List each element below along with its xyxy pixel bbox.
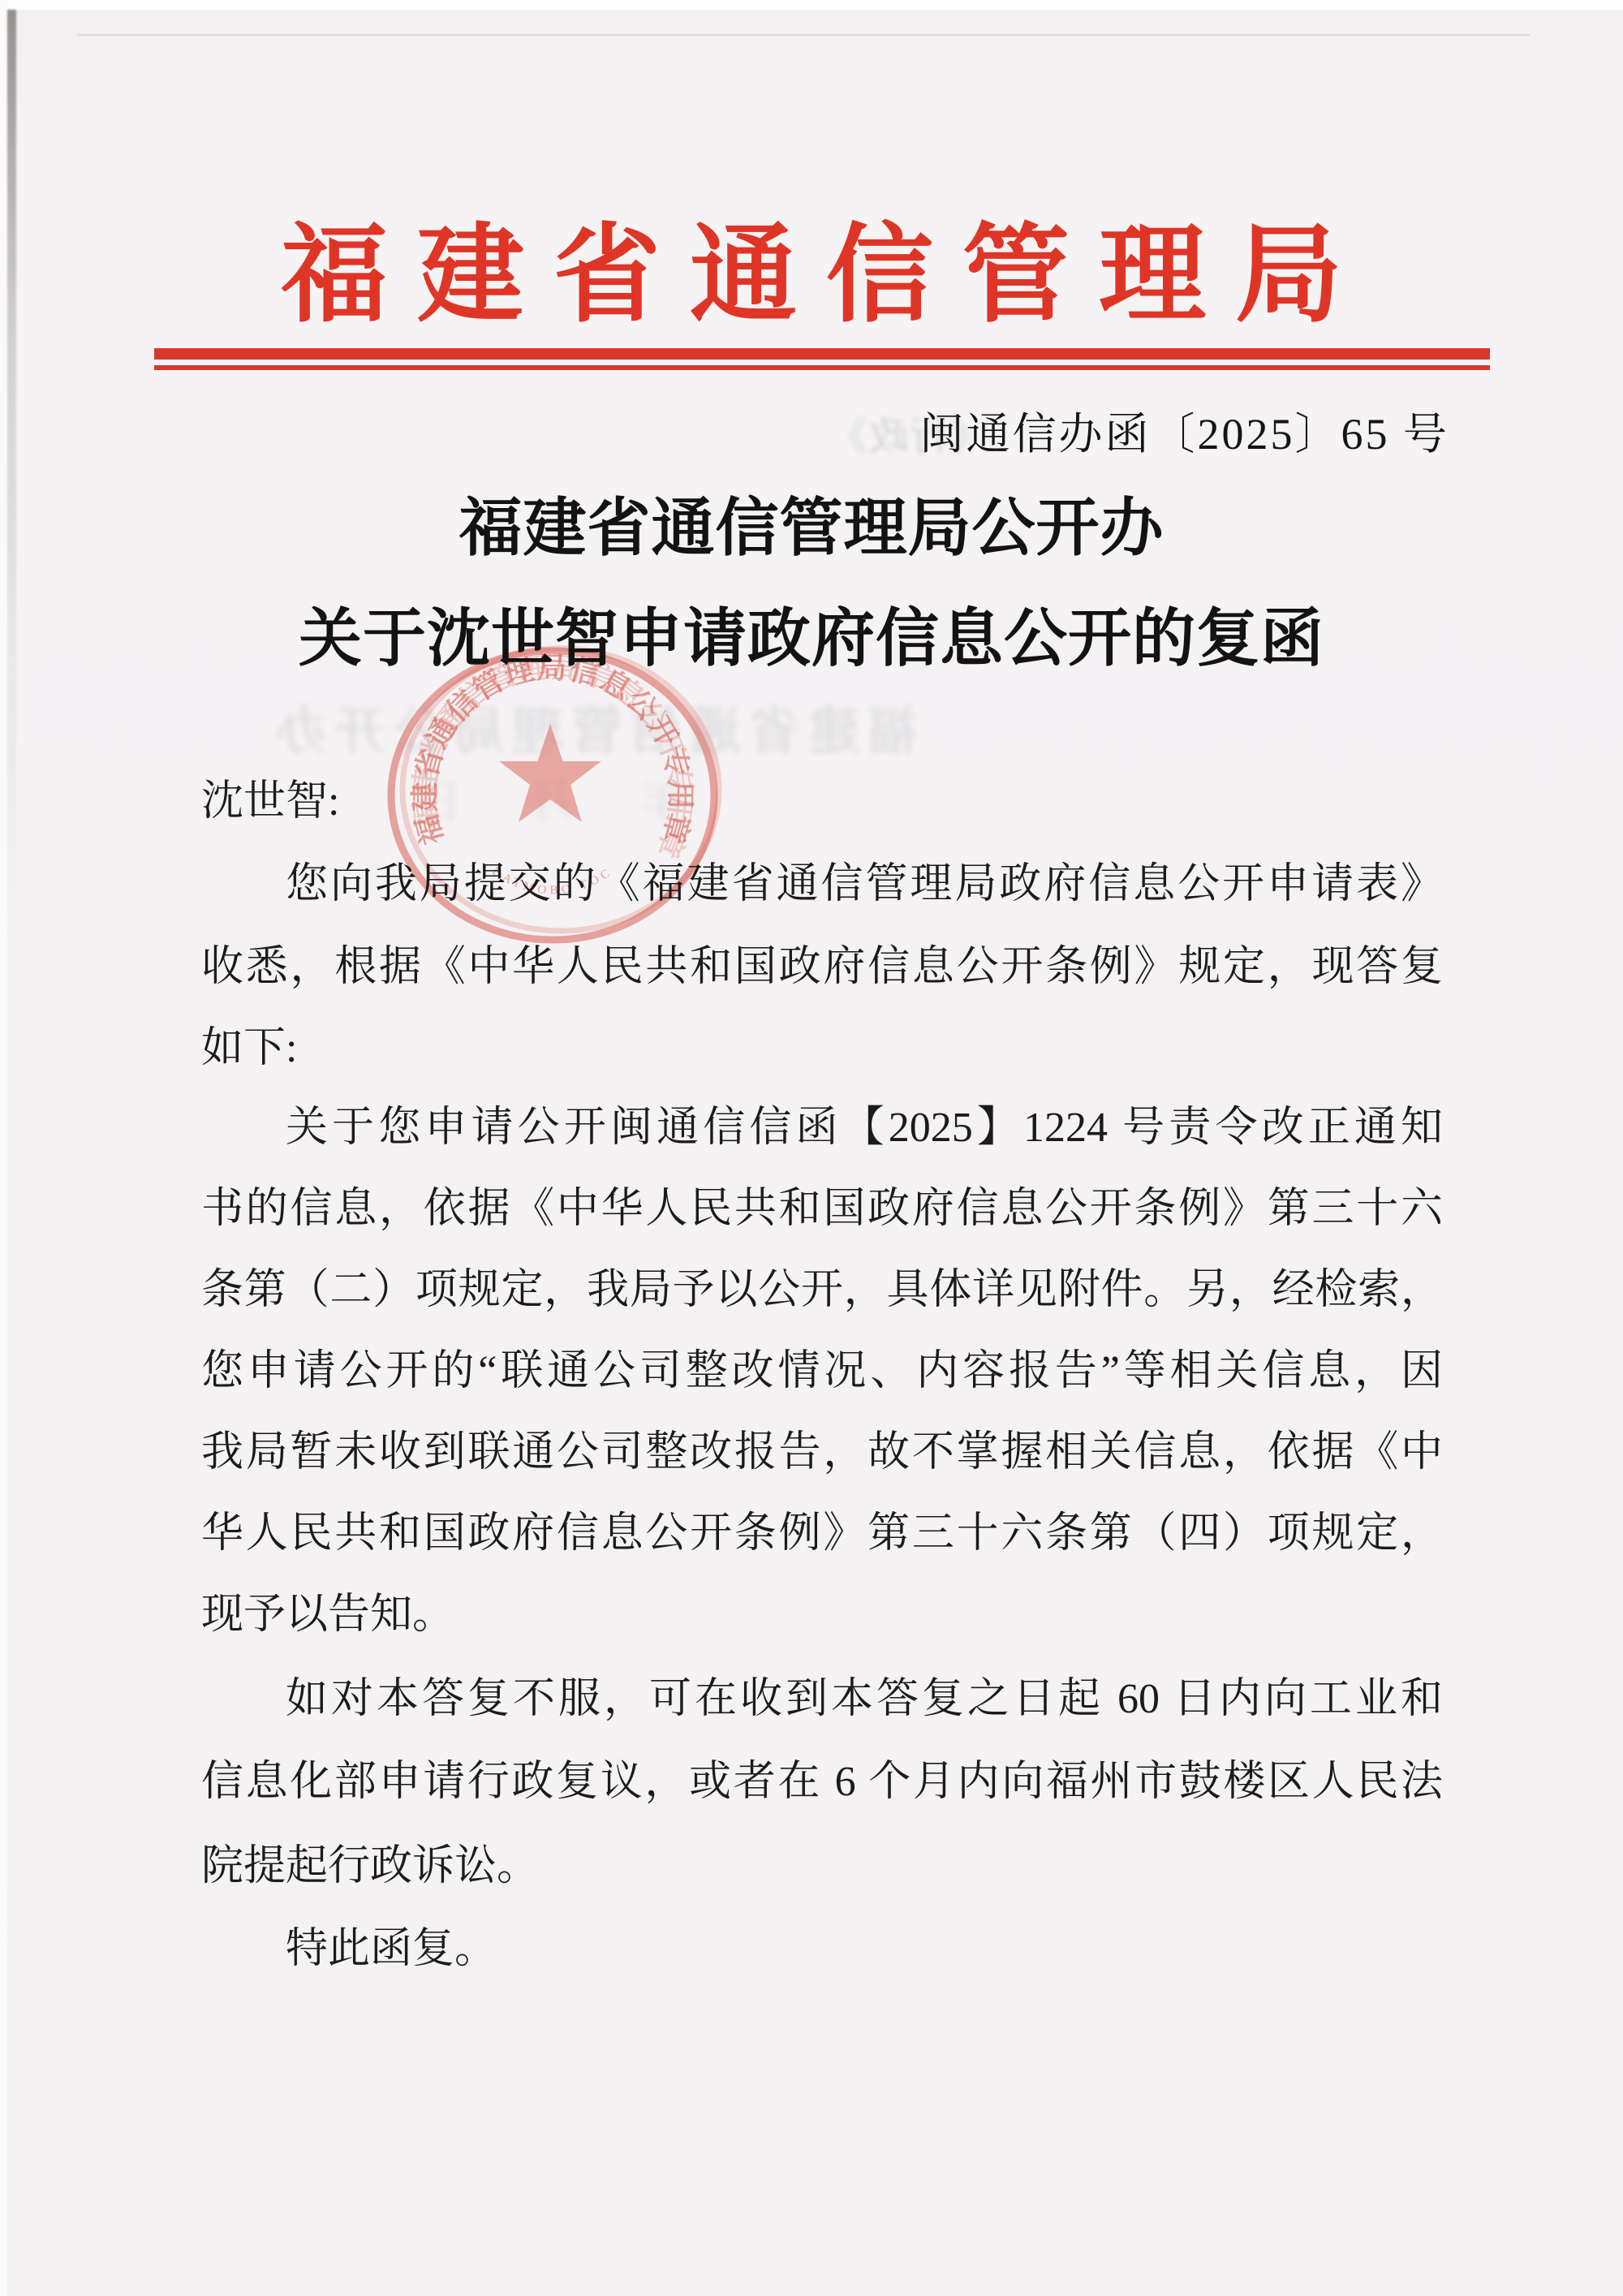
document-title-line1: 福建省通信管理局公开办 [0, 477, 1623, 568]
scan-artifact-line [77, 34, 1530, 36]
scanner-left-edge [0, 0, 7, 2296]
document-number: 闽通信办函〔2025〕65 号 [920, 399, 1450, 462]
body-line: 如下: [201, 1023, 1443, 1075]
scanned-official-letter: 福建省通信管理局 《行政》 闽通信办函〔2025〕65 号 福建省通信管理局公开… [0, 0, 1623, 2296]
body-line: 您向我局提交的《福建省通信管理局政府信息公开申请表》 [201, 859, 1443, 911]
body-line: 华人民共和国政府信息公开条例》第三十六条第（四）项规定， [201, 1508, 1443, 1560]
letterhead-rule-thick [154, 348, 1490, 360]
body-line: 您申请公开的“联通公司整改情况、内容报告”等相关信息，因 [201, 1346, 1443, 1398]
closing-line: 特此函复。 [201, 1923, 1443, 1975]
body-line: 现予以告知。 [201, 1589, 1443, 1641]
scanner-top-edge [0, 0, 1623, 10]
document-title-line2: 关于沈世智申请政府信息公开的复函 [0, 588, 1623, 678]
letterhead-rule-thin [154, 365, 1490, 370]
body-line: 信息化部申请行政复议，或者在 6 个月内向福州市鼓楼区人民法 [201, 1756, 1443, 1808]
body-line: 书的信息，依据《中华人民共和国政府信息公开条例》第三十六 [201, 1183, 1443, 1235]
paper-left-edge-shadow [7, 10, 16, 943]
body-line: 院提起行政诉讼。 [201, 1841, 1443, 1893]
body-line: 条第（二）项规定，我局予以公开，具体详见附件。另，经检索， [201, 1264, 1443, 1316]
body-line: 收悉，根据《中华人民共和国政府信息公开条例》规定，现答复 [201, 941, 1443, 993]
body-line: 我局暂未收到联通公司整改报告，故不掌握相关信息，依据《中 [201, 1427, 1443, 1479]
body-line: 关于您申请公开闽通信信函【2025】1224 号责令改正通知 [201, 1102, 1443, 1154]
body-line: 如对本答复不服，可在收到本答复之日起 60 日内向工业和 [201, 1674, 1443, 1725]
salutation: 沈世智: [201, 776, 1443, 828]
letterhead-agency-title: 福建省通信管理局 [0, 188, 1623, 342]
